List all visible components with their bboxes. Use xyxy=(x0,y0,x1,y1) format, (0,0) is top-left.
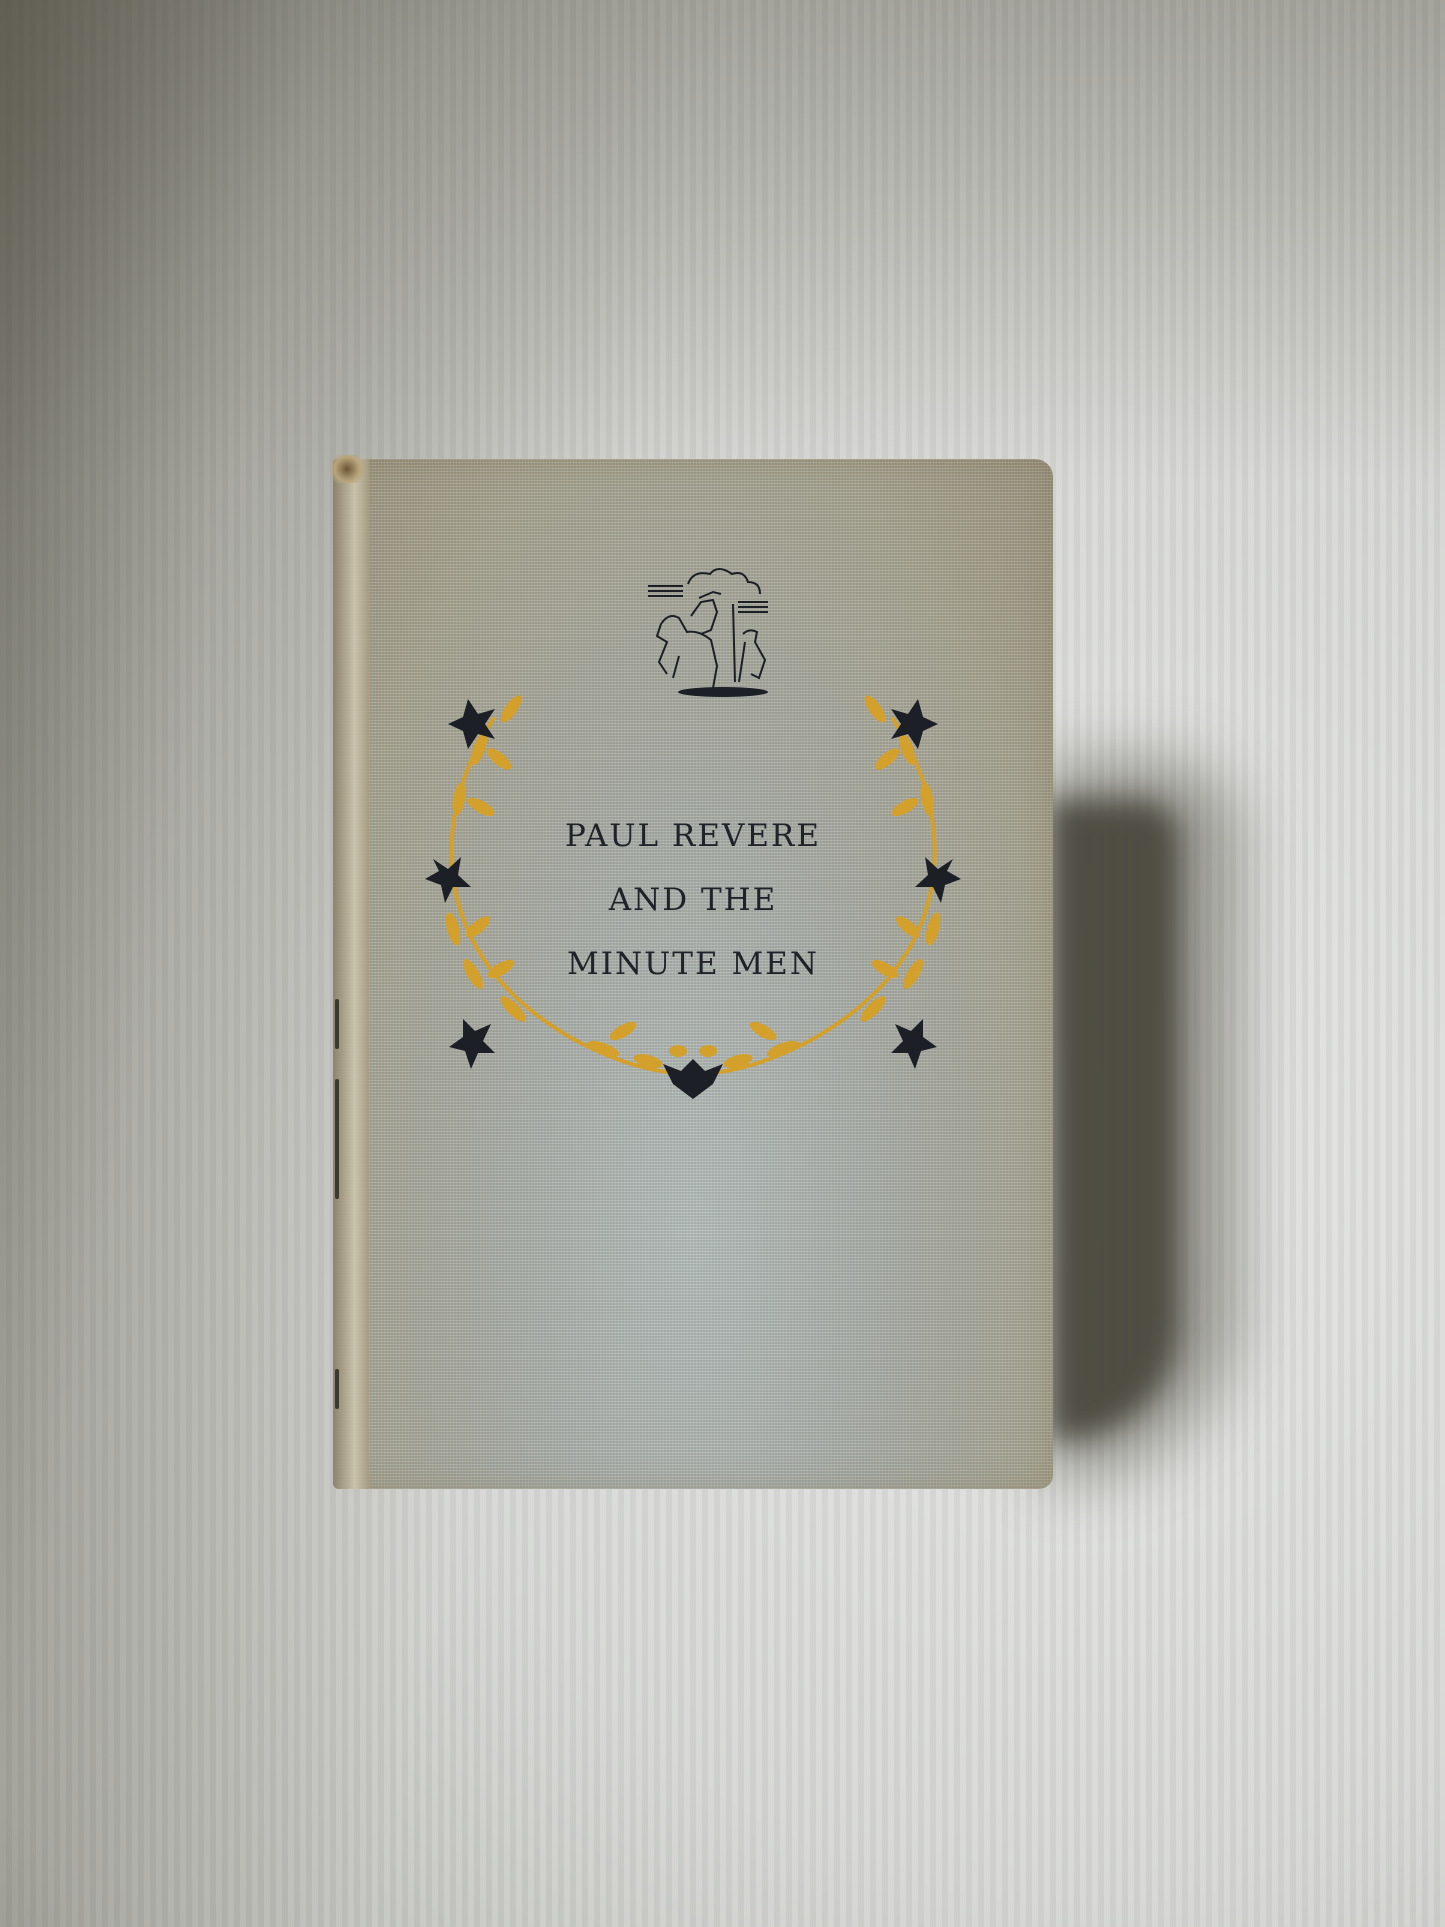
book-spine xyxy=(333,459,369,1489)
title-line-2: AND THE xyxy=(473,868,913,932)
spine-wear-mark xyxy=(335,1079,339,1199)
title-line-1: PAUL REVERE xyxy=(473,804,913,868)
book-title: PAUL REVERE AND THE MINUTE MEN xyxy=(473,804,913,996)
title-line-3: MINUTE MEN xyxy=(473,932,913,996)
spine-wear-mark xyxy=(335,999,339,1049)
book-cover: PAUL REVERE AND THE MINUTE MEN xyxy=(333,459,1053,1489)
book-shadow xyxy=(1050,800,1180,1440)
spine-wear-mark xyxy=(335,1369,339,1409)
frayed-corner xyxy=(327,455,367,483)
